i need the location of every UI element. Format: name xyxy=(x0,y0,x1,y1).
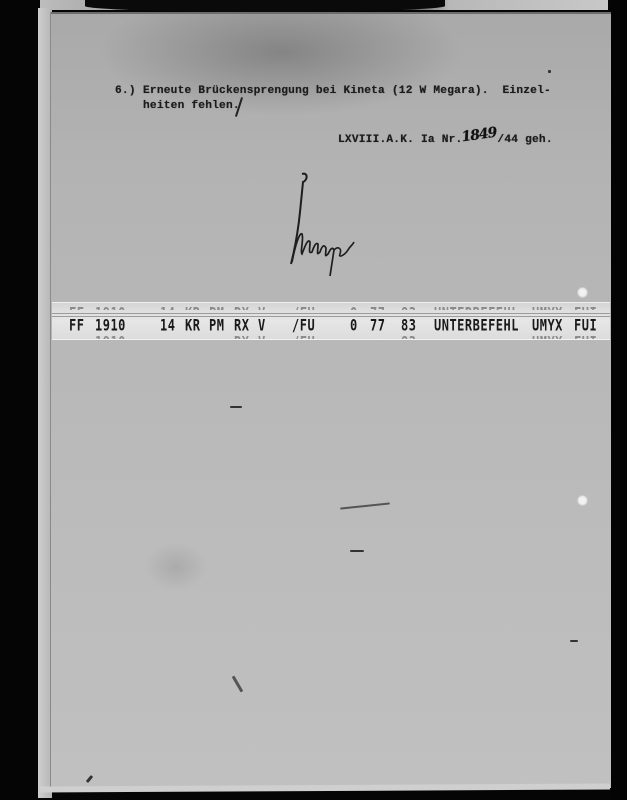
strip-cell: FUI xyxy=(574,333,597,339)
item-text-line-2: heiten fehlen. xyxy=(143,99,240,114)
strip-cell: FF xyxy=(69,316,84,334)
strip-cell: FUI xyxy=(574,316,597,334)
strip-cell: 83 xyxy=(401,304,416,310)
ink-speck xyxy=(548,70,551,73)
strip-cell: V xyxy=(258,304,266,310)
strip-cell: FF xyxy=(69,304,84,310)
strip-cell: UMYX xyxy=(532,316,563,334)
strip-cell: /FU xyxy=(292,304,315,310)
punch-hole-icon xyxy=(577,287,588,298)
reference-line: LXVIII.A.K. Ia Nr.1849/44 geh. xyxy=(338,131,553,148)
reference-prefix: LXVIII.A.K. Ia Nr. xyxy=(338,134,462,146)
strip-cell: 1910 xyxy=(95,316,126,334)
punch-hole-icon xyxy=(577,495,588,506)
item-number: 6.) xyxy=(115,84,136,99)
strip-cell: 83 xyxy=(401,316,416,334)
strip-cell: 0 xyxy=(350,316,358,334)
strip-cell: /FU xyxy=(292,333,315,339)
teletype-tape-strip: FF 1910 14 KR PM RX V /FU 0 77 83 UNTERB… xyxy=(52,302,610,340)
item-text-line-1: Erneute Brückensprengung bei Kineta (12 … xyxy=(143,84,551,99)
strip-row-top-partial: FF 1910 14 KR PM RX V /FU 0 77 83 UNTERB… xyxy=(52,304,610,310)
strip-cell: RX xyxy=(234,333,249,339)
strip-cell: /FU xyxy=(292,316,315,334)
ink-speck xyxy=(350,550,364,552)
strip-row-main: FF 1910 14 KR PM RX V /FU 0 77 83 UNTERB… xyxy=(52,316,610,328)
strip-cell: RX xyxy=(234,304,249,310)
handwritten-reference-number: 1849 xyxy=(461,126,498,146)
strip-cell: 1910 xyxy=(95,304,126,310)
strip-cell: 77 xyxy=(370,316,385,334)
strip-cell: 14 xyxy=(160,304,175,310)
document-page xyxy=(50,12,611,788)
strip-cell: UNTERBEFEHL xyxy=(434,304,519,310)
strip-cell: 83 xyxy=(401,333,416,339)
strip-rule xyxy=(52,313,610,314)
reference-suffix: /44 geh. xyxy=(497,134,552,146)
strip-cell: RX xyxy=(234,316,249,334)
strip-cell: V xyxy=(258,333,266,339)
strip-cell: KR xyxy=(185,304,200,310)
strip-cell: 77 xyxy=(370,304,385,310)
strip-cell: PM xyxy=(209,316,224,334)
strip-cell: V xyxy=(258,316,266,334)
ink-speck xyxy=(570,640,578,642)
strip-cell: PM xyxy=(209,304,224,310)
ink-speck xyxy=(230,406,242,408)
signature xyxy=(288,172,368,282)
strip-cell: 1910 xyxy=(95,333,126,339)
strip-row-bottom-partial: 1910 RX V /FU 83 UMYX FUI xyxy=(52,333,610,339)
scan-right-border xyxy=(610,0,627,800)
strip-cell: 14 xyxy=(160,316,175,334)
strip-cell: 0 xyxy=(350,304,358,310)
strip-cell: UMYX xyxy=(532,304,563,310)
strip-cell: FUI xyxy=(574,304,597,310)
page-fold-shadow xyxy=(85,0,445,12)
strip-cell: KR xyxy=(185,316,200,334)
strip-cell: UMYX xyxy=(532,333,563,339)
strip-cell: UNTERBEFEHL xyxy=(434,316,519,334)
